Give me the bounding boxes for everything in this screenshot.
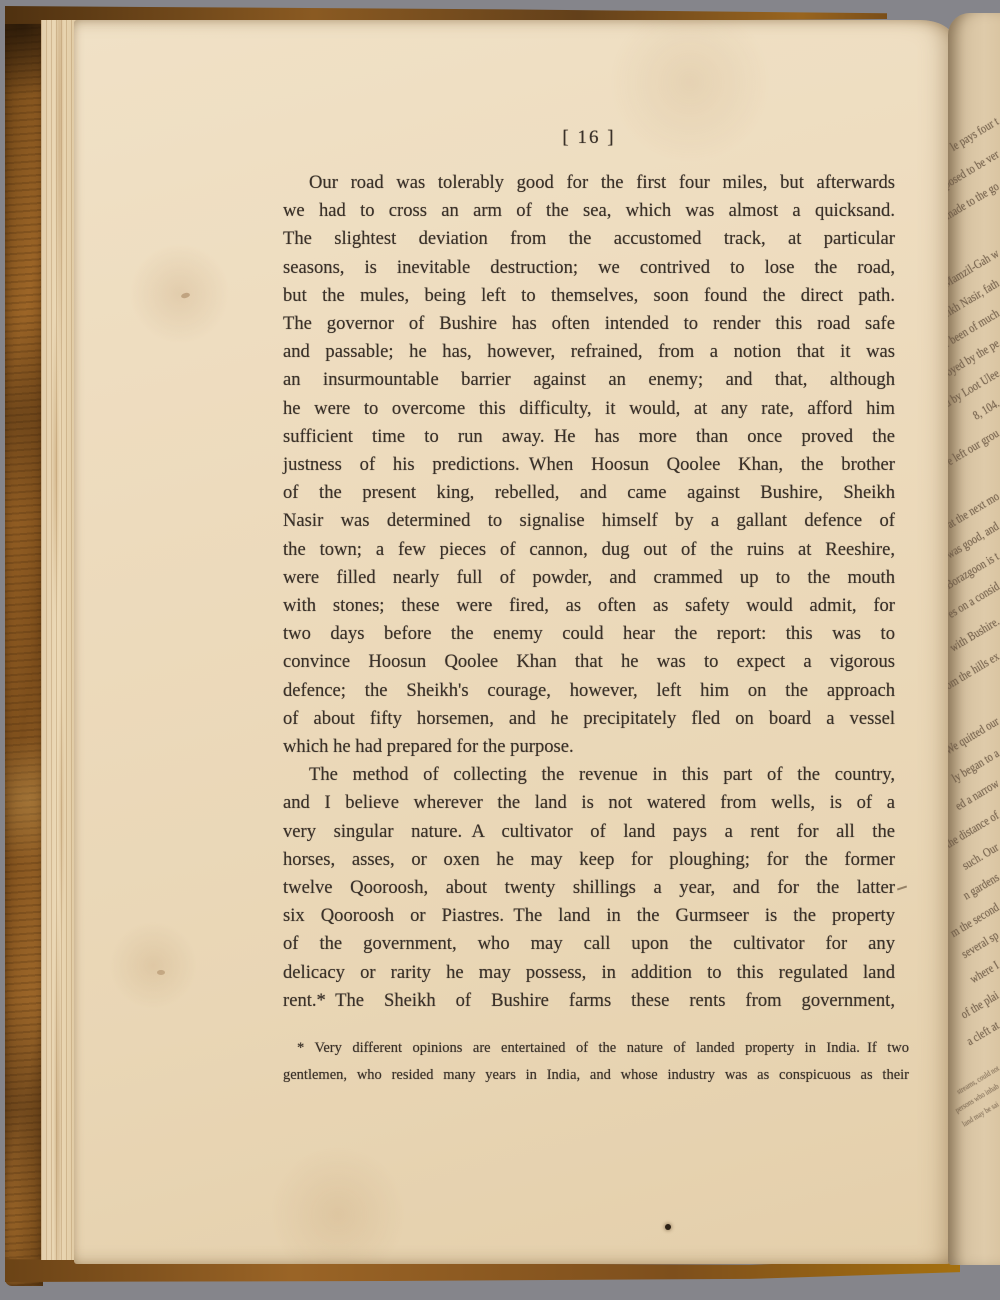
text-line: convince Hoosun Qoolee Khan that he was …	[283, 648, 895, 676]
opposite-page-edge: le pays four tposed to be vermade to the…	[948, 13, 1000, 1265]
text-line: sufficient time to run away. He has more…	[283, 423, 895, 451]
text-line: of the present king, rebelled, and came …	[283, 479, 895, 507]
opposite-page-fragment: n gardens	[960, 870, 1000, 903]
text-line: very singular nature. A cultivator of la…	[283, 818, 895, 846]
page-number: [ 16 ]	[283, 127, 895, 149]
text-line: the town; a few pieces of cannon, dug ou…	[283, 536, 895, 564]
text-line: twelve Qooroosh, about twenty shillings …	[283, 874, 895, 902]
opposite-page-fragment: from the hills ex	[948, 649, 1000, 697]
text-line: we had to cross an arm of the sea, which…	[283, 197, 895, 225]
text-line: gentlemen, who resided many years in Ind…	[283, 1062, 909, 1089]
opposite-page-fragment: We left our grou	[948, 426, 1000, 473]
text-line: but the mules, being left to themselves,…	[283, 282, 895, 310]
paragraph: The method of collecting the revenue in …	[283, 761, 895, 1015]
paragraph: Our road was tolerably good for the firs…	[283, 169, 895, 761]
text-line: he were to overcome this difficulty, it …	[283, 395, 895, 423]
text-line: justness of his predictions. When Hoosun…	[283, 451, 895, 479]
opposite-page-fragment: such. Our	[960, 840, 1000, 873]
text-line: Nasir was determined to signalise himsel…	[283, 507, 895, 535]
text-line: delicacy or rarity he may possess, in ad…	[283, 959, 895, 987]
text-line: Our road was tolerably good for the firs…	[283, 169, 895, 197]
text-line: The method of collecting the revenue in …	[283, 761, 895, 789]
text-line: and passable; he has, however, refrained…	[283, 338, 895, 366]
text-line: with stones; these were fired, as often …	[283, 592, 895, 620]
text-line: were filled nearly full of powder, and c…	[283, 564, 895, 592]
text-line: of about fifty horsemen, and he precipit…	[283, 705, 895, 733]
text-line: an insurmountable barrier against an ene…	[283, 366, 895, 394]
text-line: six Qooroosh or Piastres. The land in th…	[283, 902, 895, 930]
opposite-page-fragment: 8, 104.	[970, 396, 1000, 423]
page-fore-edges	[41, 20, 78, 1260]
text-line: which he had prepared for the purpose.	[283, 733, 895, 761]
text-line: seasons, is inevitable destruction; we c…	[283, 254, 895, 282]
text-line: horses, asses, or oxen he may keep for p…	[283, 846, 895, 874]
book-photo: le pays four tposed to be vermade to the…	[0, 0, 1000, 1300]
text-line: * Very different opinions are entertaine…	[283, 1035, 909, 1062]
text-line: rent.* The Sheikh of Bushire farms these…	[283, 987, 895, 1015]
opposite-page-fragment: a cleft at	[964, 1018, 1000, 1049]
body-text: Our road was tolerably good for the firs…	[283, 169, 895, 1015]
footnote: * Very different opinions are entertaine…	[283, 1035, 909, 1089]
text-line: and I believe wherever the land is not w…	[283, 789, 895, 817]
book-spine-leather	[5, 8, 43, 1286]
text-line: two days before the enemy could hear the…	[283, 620, 895, 648]
text-line: The slightest deviation from the accusto…	[283, 225, 895, 253]
paper-stain	[157, 970, 165, 975]
ink-speck	[665, 1224, 671, 1230]
opposite-page-fragment: where I	[968, 958, 1000, 987]
text-line: defence; the Sheikh's courage, however, …	[283, 677, 895, 705]
text-line: The governor of Bushire has often intend…	[283, 310, 895, 338]
text-line: of the government, who may call upon the…	[283, 930, 895, 958]
